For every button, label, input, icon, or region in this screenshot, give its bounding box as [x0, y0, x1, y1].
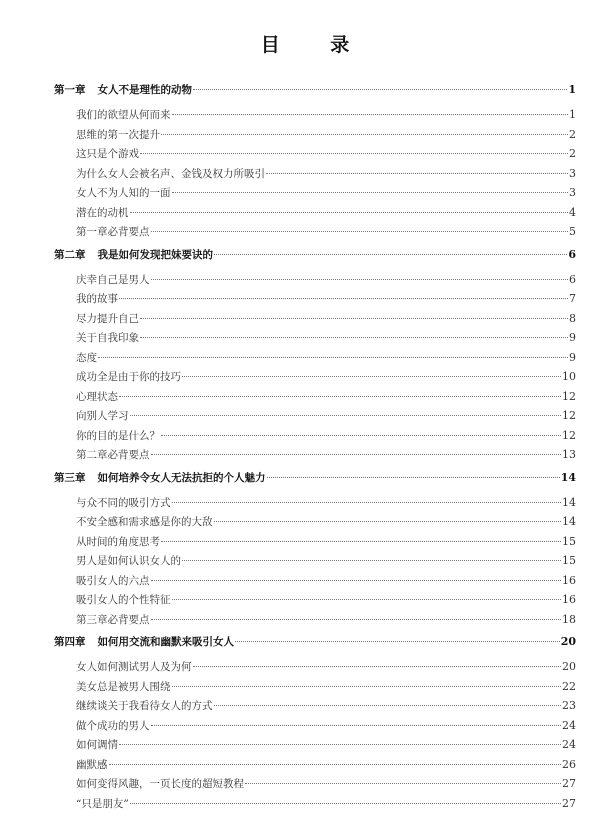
page-number: 2: [569, 125, 576, 145]
toc-entry[interactable]: 向别人学习12: [54, 406, 576, 426]
page-number: 15: [562, 551, 576, 571]
entry-label: 我的故事: [76, 290, 118, 310]
dot-leader: [151, 454, 562, 455]
toc-entry[interactable]: 这只是个游戏2: [54, 144, 576, 164]
toc-entry[interactable]: 我的故事7: [54, 289, 576, 309]
page-number: 15: [562, 532, 576, 552]
entry-label: 第三章必背要点: [76, 611, 150, 631]
page-number: 7: [569, 289, 576, 309]
page-number: 3: [569, 164, 576, 184]
toc-entry[interactable]: 继续谈关于我看待女人的方式23: [54, 696, 576, 716]
page-number: 9: [569, 348, 576, 368]
dot-leader: [245, 783, 561, 784]
table-of-contents: 第一章女人不是理性的动物 1 我们的欲望从何而来1 思维的第一次提升2 这只是个…: [54, 80, 576, 816]
toc-entry[interactable]: 第三章必背要点18: [54, 610, 576, 630]
page-number: 20: [562, 657, 576, 677]
dot-leader: [151, 619, 562, 620]
dot-leader: [266, 173, 568, 174]
dot-leader: [214, 705, 562, 706]
entry-label: 如何变得风趣，一页长度的超短教程: [76, 775, 244, 795]
dot-leader: [214, 254, 567, 255]
dot-leader: [161, 134, 568, 135]
page-number: 16: [562, 571, 576, 591]
entry-label: “只是朋友”: [76, 795, 129, 815]
page-number: 14: [562, 493, 576, 513]
toc-entry[interactable]: 态度9: [54, 348, 576, 368]
page-number: 1: [569, 105, 576, 125]
entry-label: 第二章必背要点: [76, 446, 150, 466]
entry-label: 女人不为人知的一面: [76, 184, 171, 204]
toc-entry[interactable]: 如何调情24: [54, 735, 576, 755]
page-number: 16: [562, 590, 576, 610]
toc-entry[interactable]: 从时间的角度思考15: [54, 532, 576, 552]
page-number: 6: [569, 270, 576, 290]
entry-label: 吸引女人的六点: [76, 572, 150, 592]
toc-entry[interactable]: 关于自我印象9: [54, 328, 576, 348]
page-number: 5: [569, 222, 576, 242]
dot-leader: [140, 153, 568, 154]
dot-leader: [109, 764, 562, 765]
entry-label: 向别人学习: [76, 407, 129, 427]
chapter-group-3: 第三章如何培养令女人无法抗拒的个人魅力 14 与众不同的吸引方式14 不安全感和…: [54, 468, 576, 630]
entry-label: 不安全感和需求感是你的大敌: [76, 513, 213, 533]
entry-label: 吸引女人的个性特征: [76, 591, 171, 611]
page-number: 1: [568, 80, 576, 100]
chapter-number: 第四章: [54, 636, 86, 648]
toc-entry[interactable]: 我们的欲望从何而来1: [54, 105, 576, 125]
dot-leader: [130, 803, 561, 804]
page-number: 3: [569, 183, 576, 203]
page-number: 22: [562, 677, 576, 697]
entry-label: 美女总是被男人围绕: [76, 678, 171, 698]
entry-label: 从时间的角度思考: [76, 533, 160, 553]
toc-entry[interactable]: 美女总是被男人围绕22: [54, 677, 576, 697]
toc-entry[interactable]: 吸引女人的个性特征16: [54, 590, 576, 610]
toc-entry[interactable]: 男人是如何认识女人的15: [54, 551, 576, 571]
entry-label: 与众不同的吸引方式: [76, 494, 171, 514]
page-number: 24: [562, 716, 576, 736]
chapter-title: 我是如何发现把妹要诀的: [98, 249, 214, 261]
entry-label: 态度: [76, 349, 97, 369]
toc-entry[interactable]: 成功全是由于你的技巧10: [54, 367, 576, 387]
page-number: 4: [569, 203, 576, 223]
chapter-title: 如何培养令女人无法抗拒的个人魅力: [98, 472, 266, 484]
dot-leader: [193, 89, 567, 90]
toc-entry[interactable]: 庆幸自己是男人6: [54, 270, 576, 290]
dot-leader: [267, 477, 560, 478]
dot-leader: [172, 599, 562, 600]
entry-label: 你的目的是什么？: [76, 427, 160, 447]
dot-leader: [140, 318, 568, 319]
dot-leader: [172, 192, 569, 193]
entry-label: 这只是个游戏: [76, 145, 139, 165]
dot-leader: [193, 666, 562, 667]
entry-label: 女人如何测试男人及为何: [76, 658, 192, 678]
page-number: 14: [561, 468, 576, 488]
dot-leader: [130, 212, 569, 213]
toc-entry[interactable]: 潜在的动机4: [54, 203, 576, 223]
dot-leader: [151, 725, 562, 726]
page-number: 9: [569, 328, 576, 348]
page-number: 2: [569, 144, 576, 164]
toc-entry[interactable]: 如何变得风趣，一页长度的超短教程27: [54, 774, 576, 794]
entry-label: 为什么女人会被名声、金钱及权力所吸引: [76, 165, 265, 185]
page-number: 13: [562, 445, 576, 465]
dot-leader: [130, 415, 562, 416]
entry-label: 心理状态: [76, 388, 118, 408]
dot-leader: [119, 298, 568, 299]
dot-leader: [119, 396, 561, 397]
dot-leader: [172, 686, 562, 687]
entry-label: 我们的欲望从何而来: [76, 106, 171, 126]
toc-entry[interactable]: 吸引女人的六点16: [54, 571, 576, 591]
toc-entry[interactable]: 第一章必背要点5: [54, 222, 576, 242]
page-number: 6: [568, 245, 576, 265]
dot-leader: [140, 337, 568, 338]
dot-leader: [151, 279, 569, 280]
page-title: 目 录: [0, 30, 610, 57]
toc-entry[interactable]: 尽力提升自己8: [54, 309, 576, 329]
toc-entry[interactable]: 你的目的是什么？12: [54, 426, 576, 446]
dot-leader: [151, 231, 569, 232]
page-number: 26: [562, 755, 576, 775]
toc-entry[interactable]: 与众不同的吸引方式14: [54, 493, 576, 513]
dot-leader: [119, 744, 561, 745]
dot-leader: [182, 560, 561, 561]
entry-label: 潜在的动机: [76, 204, 129, 224]
toc-entry[interactable]: 女人如何测试男人及为何20: [54, 657, 576, 677]
entry-label: 幽默感: [76, 756, 108, 776]
page-number: 27: [562, 794, 576, 814]
entry-label: 做个成功的男人: [76, 717, 150, 737]
dot-leader: [182, 376, 561, 377]
chapter-number: 第二章: [54, 249, 86, 261]
page-number: 20: [561, 632, 576, 652]
dot-leader: [98, 357, 568, 358]
entry-label: 成功全是由于你的技巧: [76, 368, 181, 388]
toc-entry[interactable]: 不安全感和需求感是你的大敌14: [54, 512, 576, 532]
toc-chapter-entry[interactable]: 第一章女人不是理性的动物 1: [54, 80, 576, 100]
chapter-number: 第一章: [54, 84, 86, 96]
dot-leader: [161, 435, 561, 436]
entry-label: 尽力提升自己: [76, 310, 139, 330]
page-number: 12: [562, 406, 576, 426]
dot-leader: [151, 580, 562, 581]
page-number: 10: [562, 367, 576, 387]
chapter-group-2: 第二章我是如何发现把妹要诀的 6 庆幸自己是男人6 我的故事7 尽力提升自己8 …: [54, 245, 576, 465]
toc-entry[interactable]: 女人不为人知的一面3: [54, 183, 576, 203]
chapter-group-1: 第一章女人不是理性的动物 1 我们的欲望从何而来1 思维的第一次提升2 这只是个…: [54, 80, 576, 242]
dot-leader: [235, 641, 560, 642]
page-number: 12: [562, 426, 576, 446]
toc-entry[interactable]: “只是朋友”27: [54, 794, 576, 814]
chapter-title: 女人不是理性的动物: [98, 84, 193, 96]
toc-entry[interactable]: 心理状态12: [54, 387, 576, 407]
page-number: 8: [569, 309, 576, 329]
dot-leader: [172, 502, 562, 503]
dot-leader: [161, 541, 561, 542]
page-number: 24: [562, 735, 576, 755]
page-number: 18: [562, 610, 576, 630]
chapter-number: 第三章: [54, 472, 86, 484]
toc-chapter-entry[interactable]: 第三章如何培养令女人无法抗拒的个人魅力 14: [54, 468, 576, 488]
entry-label: 庆幸自己是男人: [76, 271, 150, 291]
entry-label: 继续谈关于我看待女人的方式: [76, 697, 213, 717]
toc-chapter-entry[interactable]: 第四章如何用交流和幽默来吸引女人 20: [54, 632, 576, 652]
toc-entry[interactable]: 第二章必背要点13: [54, 445, 576, 465]
toc-chapter-entry[interactable]: 第二章我是如何发现把妹要诀的 6: [54, 245, 576, 265]
page-number: 12: [562, 387, 576, 407]
toc-entry[interactable]: 为什么女人会被名声、金钱及权力所吸引3: [54, 164, 576, 184]
toc-entry[interactable]: 幽默感26: [54, 755, 576, 775]
page-number: 14: [562, 512, 576, 532]
chapter-group-4: 第四章如何用交流和幽默来吸引女人 20 女人如何测试男人及为何20 美女总是被男…: [54, 632, 576, 813]
dot-leader: [172, 114, 569, 115]
entry-label: 关于自我印象: [76, 329, 139, 349]
toc-entry[interactable]: 思维的第一次提升2: [54, 125, 576, 145]
entry-label: 思维的第一次提升: [76, 126, 160, 146]
toc-entry[interactable]: 做个成功的男人24: [54, 716, 576, 736]
dot-leader: [214, 521, 562, 522]
page-number: 27: [562, 774, 576, 794]
chapter-title: 如何用交流和幽默来吸引女人: [98, 636, 235, 648]
page-number: 23: [562, 696, 576, 716]
entry-label: 第一章必背要点: [76, 223, 150, 243]
entry-label: 如何调情: [76, 736, 118, 756]
entry-label: 男人是如何认识女人的: [76, 552, 181, 572]
